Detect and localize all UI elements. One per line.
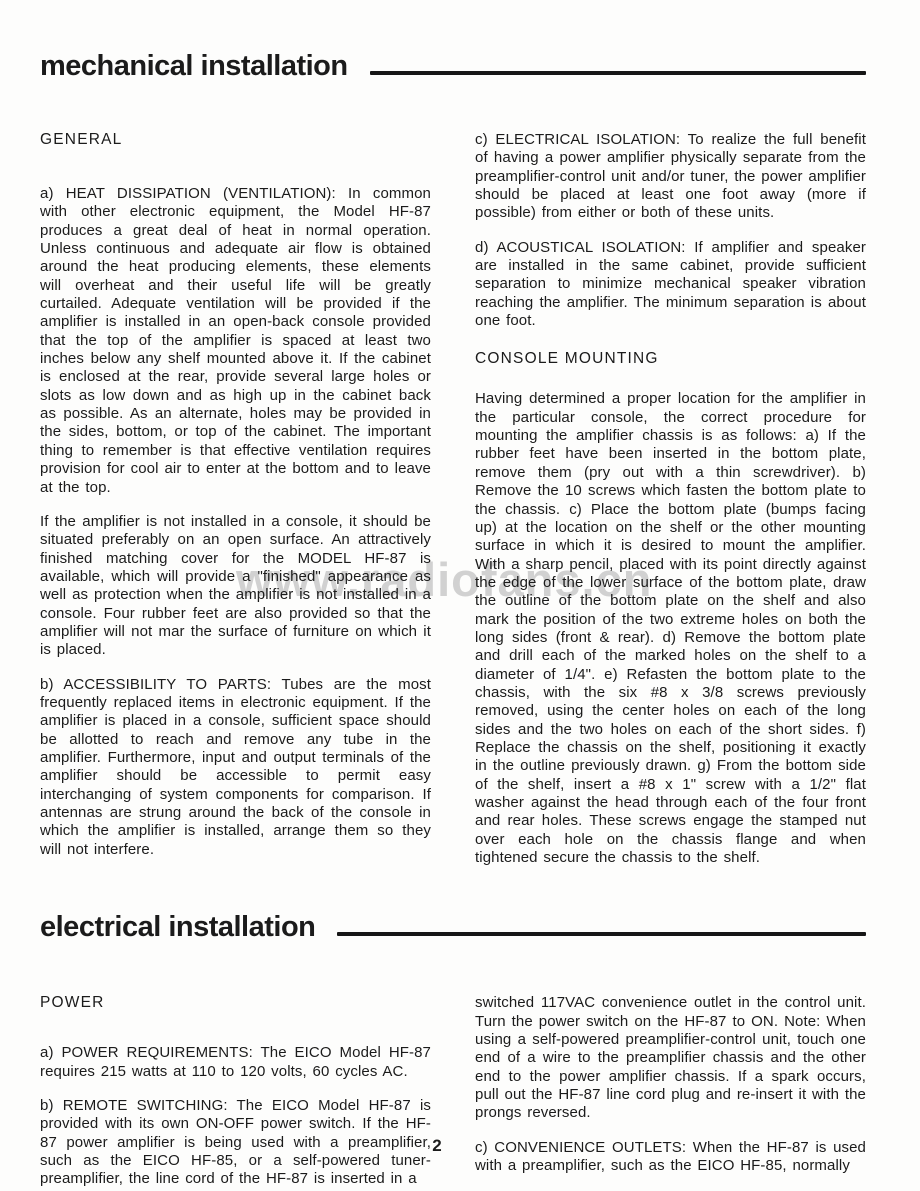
mechanical-columns: GENERAL a) HEAT DISSIPATION (VENTILATION… — [40, 131, 866, 867]
paragraph-acoustical-isolation: d) ACOUSTICAL ISOLATION: If amplifier an… — [475, 239, 866, 331]
paragraph-switched-outlet: switched 117VAC convenience outlet in th… — [475, 994, 866, 1122]
heading-rule — [370, 71, 866, 75]
paragraph-power-requirements: a) POWER REQUIREMENTS: The EICO Model HF… — [40, 1044, 431, 1081]
subheading-general: GENERAL — [40, 131, 431, 149]
page-content: mechanical installation GENERAL a) HEAT … — [0, 0, 920, 1189]
section-heading-mechanical: mechanical installation — [40, 0, 866, 83]
paragraph-electrical-isolation: c) ELECTRICAL ISOLATION: To realize the … — [475, 131, 866, 223]
section-title-mechanical: mechanical installation — [40, 50, 348, 83]
mechanical-right-column: c) ELECTRICAL ISOLATION: To realize the … — [475, 131, 866, 867]
electrical-columns: POWER a) POWER REQUIREMENTS: The EICO Mo… — [40, 994, 866, 1188]
page-number: 2 — [0, 1136, 874, 1156]
paragraph-console-mounting: Having determined a proper location for … — [475, 390, 866, 867]
electrical-left-column: POWER a) POWER REQUIREMENTS: The EICO Mo… — [40, 994, 431, 1188]
subheading-console-mounting: CONSOLE MOUNTING — [475, 350, 866, 368]
mechanical-left-column: GENERAL a) HEAT DISSIPATION (VENTILATION… — [40, 131, 431, 867]
section-heading-electrical: electrical installation — [40, 867, 866, 944]
electrical-right-column: switched 117VAC convenience outlet in th… — [475, 994, 866, 1188]
heading-rule — [337, 932, 866, 936]
paragraph-accessibility: b) ACCESSIBILITY TO PARTS: Tubes are the… — [40, 676, 431, 859]
paragraph-heat-dissipation: a) HEAT DISSIPATION (VENTILATION): In co… — [40, 185, 431, 497]
subheading-power: POWER — [40, 994, 431, 1012]
paragraph-open-surface: If the amplifier is not installed in a c… — [40, 513, 431, 660]
manual-page: www.radiofans.cn mechanical installation… — [0, 0, 920, 1191]
section-title-electrical: electrical installation — [40, 911, 315, 944]
